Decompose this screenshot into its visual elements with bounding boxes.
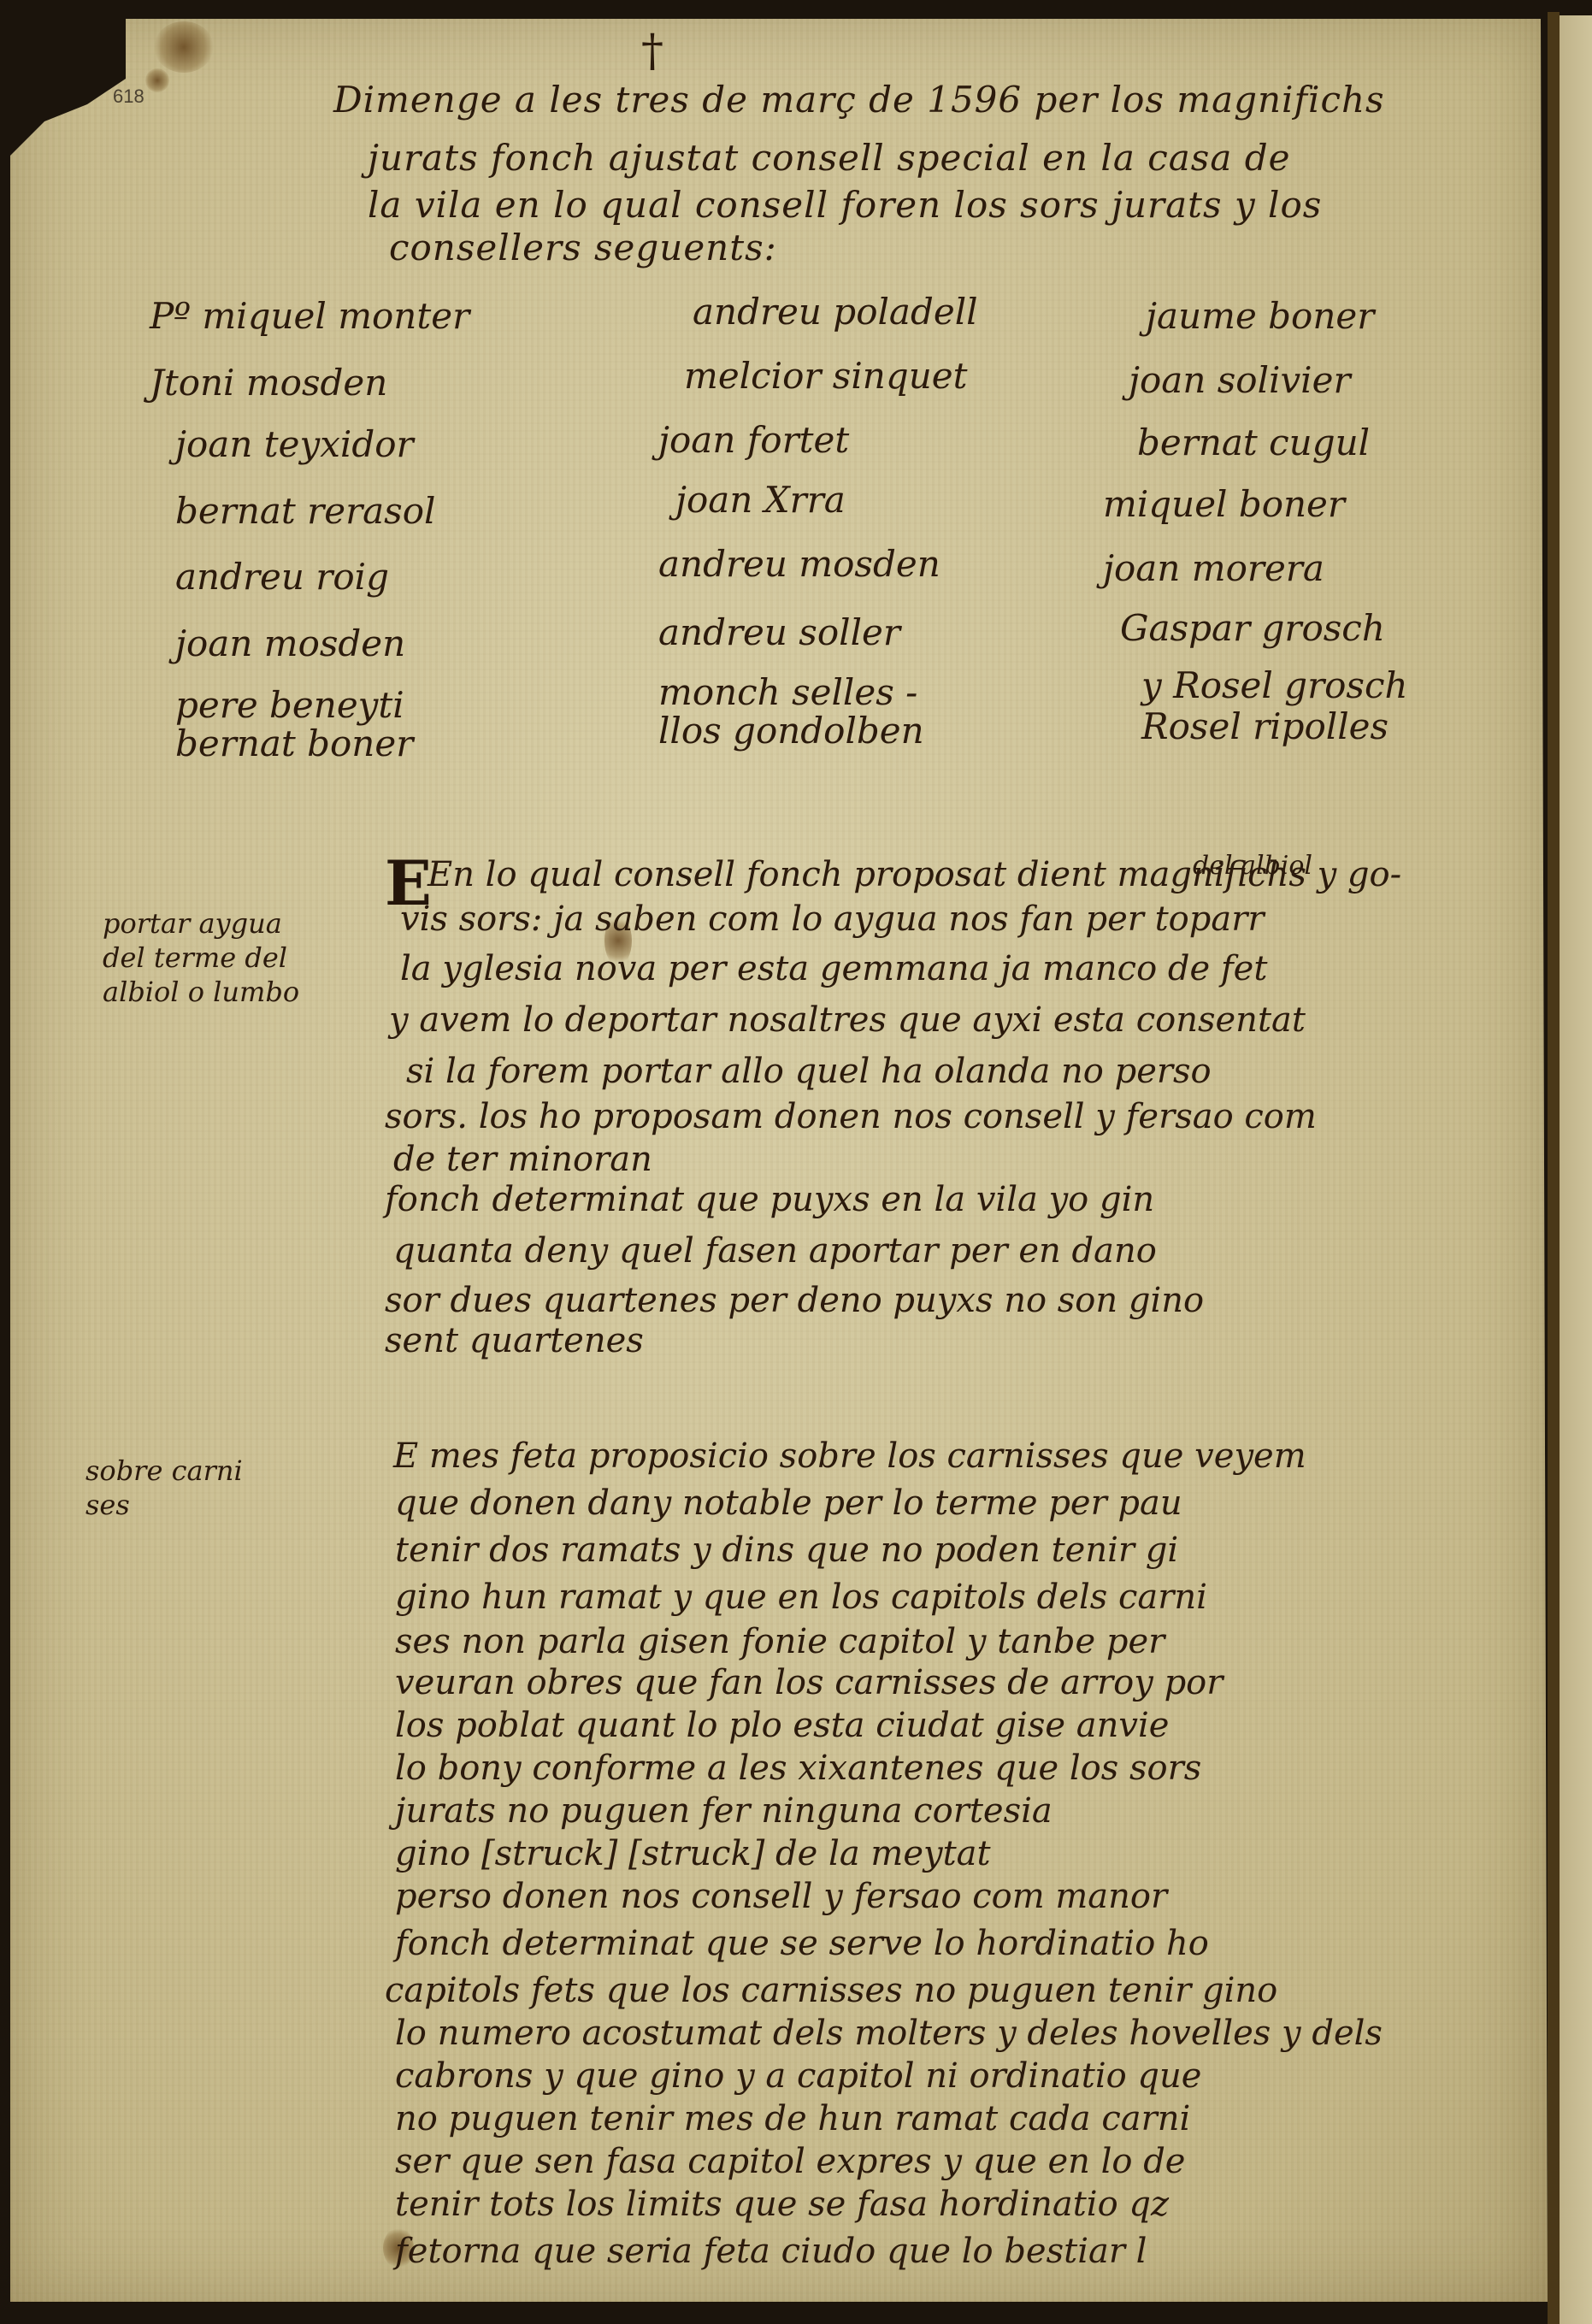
paragraph-line: y avem lo deportar nosaltres que ayxi es… <box>389 1000 1306 1040</box>
attendee-name: bernat boner <box>175 723 413 764</box>
paragraph-line: gino [struck] [struck] de la meytat <box>395 1834 991 1873</box>
attendee-name: andreu roig <box>175 556 389 598</box>
paragraph-line: perso donen nos consell y fersao com man… <box>395 1877 1167 1916</box>
attendee-name: andreu poladell <box>693 291 978 333</box>
adjacent-page-edge <box>1560 15 1592 2324</box>
paragraph-line: tenir dos ramats y dins que no poden ten… <box>395 1531 1178 1570</box>
paragraph-line: sor dues quartenes per deno puyxs no son… <box>385 1281 1204 1320</box>
attendee-name: bernat rerasol <box>175 490 435 532</box>
attendee-name: melcior sinquet <box>684 355 968 397</box>
paragraph-line: quanta deny quel fasen aportar per en da… <box>393 1231 1157 1271</box>
margin-note: portar aygua del terme del albiol o lumb… <box>103 906 299 1009</box>
attendee-name: joan mosden <box>175 622 405 664</box>
folio-number: 618 <box>113 86 144 108</box>
attendee-name: bernat cugul <box>1137 422 1370 463</box>
cross-mark: † <box>641 26 663 77</box>
attendee-name: joan teyxidor <box>175 423 414 465</box>
paragraph-line: sent quartenes <box>385 1321 644 1360</box>
attendee-name: jaume boner <box>1146 295 1374 337</box>
paragraph-line: ser que sen fasa capitol expres y que en… <box>395 2142 1185 2181</box>
paragraph-line: no puguen tenir mes de hun ramat cada ca… <box>395 2099 1190 2138</box>
attendee-name: joan solivier <box>1129 359 1351 401</box>
attendee-name: andreu mosden <box>658 543 940 585</box>
attendee-name: llos gondolben <box>658 710 924 752</box>
paragraph-line: ses non parla gisen fonie capitol y tanb… <box>395 1622 1165 1661</box>
paragraph-line: fetorna que seria feta ciudo que lo best… <box>395 2232 1147 2271</box>
paragraph-line: lo numero acostumat dels molters y deles… <box>395 2014 1383 2053</box>
manuscript-scan: 618 † Dimenge a les tres de març de 1596… <box>0 0 1592 2324</box>
attendee-name: pere beneyti <box>175 684 404 726</box>
paragraph-line: vis sors: ja saben com lo aygua nos fan … <box>400 900 1264 939</box>
attendee-name: Jtoni mosden <box>150 362 387 404</box>
attendee-name: andreu soller <box>658 611 900 653</box>
paragraph-line: tenir tots los limits que se fasa hordin… <box>395 2185 1169 2224</box>
paragraph-line: los poblat quant lo plo esta ciudat gise… <box>395 1706 1169 1745</box>
paragraph-line: fonch determinat que puyxs en la vila yo… <box>385 1180 1154 1219</box>
attendee-name: joan morera <box>1103 547 1324 589</box>
ink-stain <box>145 68 169 92</box>
paragraph-line: gino hun ramat y que en los capitols del… <box>395 1578 1207 1617</box>
paragraph-line: E mes feta proposicio sobre los carnisse… <box>393 1436 1306 1476</box>
paragraph-line: que donen dany notable per lo terme per … <box>395 1483 1182 1523</box>
paragraph-line: fonch determinat que se serve lo hordina… <box>395 1924 1209 1963</box>
header-line: la vila en lo qual consell foren los sor… <box>368 184 1322 226</box>
paragraph-line: En lo qual consell fonch proposat dient … <box>427 855 1401 894</box>
paragraph-line: cabrons y que gino y a capitol ni ordina… <box>395 2056 1201 2096</box>
attendee-name: Rosel ripolles <box>1141 705 1389 747</box>
attendee-name: joan fortet <box>658 419 849 461</box>
paragraph-line: capitols fets que los carnisses no pugue… <box>385 1971 1277 2010</box>
paragraph-line: jurats no puguen fer ninguna cortesia <box>395 1791 1052 1831</box>
ink-stain <box>154 21 214 73</box>
attendee-name: Gaspar grosch <box>1120 607 1385 649</box>
attendee-name: miquel boner <box>1103 483 1345 525</box>
attendee-name: y Rosel grosch <box>1141 664 1408 706</box>
paragraph-line: de ter minoran <box>393 1140 652 1179</box>
paragraph-line: sors. los ho proposam donen nos consell … <box>385 1097 1317 1136</box>
paragraph-line: veuran obres que fan los carnisses de ar… <box>395 1663 1223 1702</box>
attendee-name: Pº miquel monter <box>150 295 469 337</box>
header-line: Dimenge a les tres de març de 1596 per l… <box>333 79 1385 121</box>
margin-note: sobre carni ses <box>85 1454 243 1522</box>
binding-edge <box>1548 12 1560 2324</box>
paragraph-line: la yglesia nova per esta gemmana ja manc… <box>400 949 1267 988</box>
paragraph-line: si la forem portar allo quel ha olanda n… <box>406 1052 1212 1091</box>
attendee-name: monch selles - <box>658 671 917 713</box>
paragraph-line: lo bony conforme a les xixantenes que lo… <box>395 1749 1201 1788</box>
attendee-name: joan Xrra <box>675 479 846 521</box>
header-line: jurats fonch ajustat consell special en … <box>368 137 1290 179</box>
header-line: consellers seguents: <box>389 227 777 268</box>
